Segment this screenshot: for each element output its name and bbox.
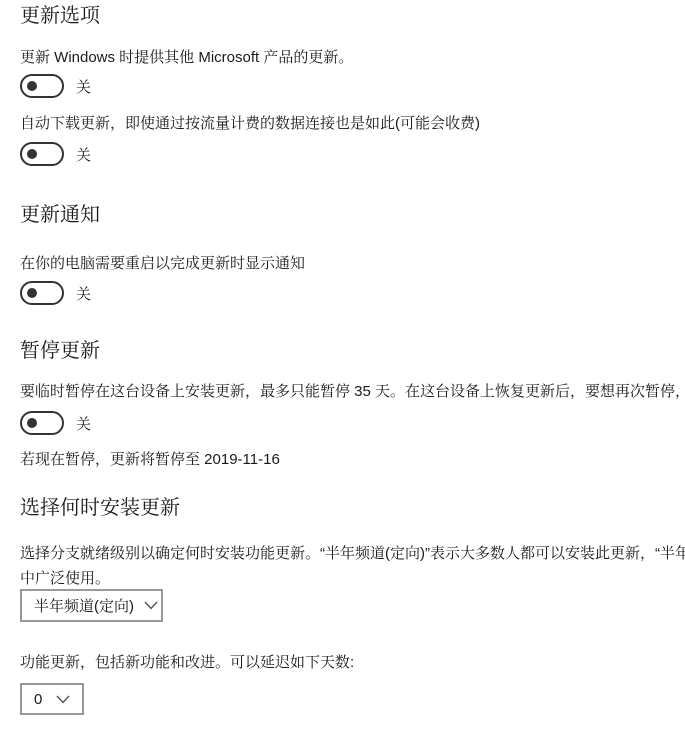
branch-channel-dropdown-value: 半年频道(定向) — [34, 595, 134, 616]
toggle-row-ms-products: 关 — [20, 74, 91, 98]
toggle-label-auto-download-metered: 自动下载更新，即使通过按流量计费的数据连接也是如此(可能会收费) — [20, 113, 480, 134]
section-title-update-notifications: 更新通知 — [20, 202, 100, 228]
toggle-state-label: 关 — [76, 144, 91, 165]
ms-products-toggle[interactable] — [20, 74, 64, 98]
toggle-row-auto-download-metered: 关 — [20, 142, 91, 166]
section-title-update-options: 更新选项 — [20, 3, 100, 29]
toggle-state-label: 关 — [76, 76, 91, 97]
branch-channel-dropdown[interactable]: 半年频道(定向) — [20, 589, 163, 622]
toggle-knob-icon — [27, 81, 37, 91]
auto-download-metered-toggle[interactable] — [20, 142, 64, 166]
toggle-state-label: 关 — [76, 283, 91, 304]
toggle-row-restart-notification: 关 — [20, 281, 91, 305]
restart-notification-toggle[interactable] — [20, 281, 64, 305]
toggle-knob-icon — [27, 418, 37, 428]
toggle-state-label: 关 — [76, 413, 91, 434]
toggle-knob-icon — [27, 288, 37, 298]
toggle-label-ms-products: 更新 Windows 时提供其他 Microsoft 产品的更新。 — [20, 47, 353, 68]
section-title-pause-updates: 暂停更新 — [20, 338, 100, 364]
toggle-label-pause-updates: 要临时暂停在这台设备上安装更新，最多只能暂停 35 天。在这台设备上恢复更新后，… — [20, 381, 685, 402]
branch-readiness-description-line1: 选择分支就绪级别以确定何时安装功能更新。“半年频道(定向)”表示大多数人都可以安… — [20, 541, 685, 566]
chevron-down-icon — [56, 695, 70, 704]
toggle-label-restart-notification: 在你的电脑需要重启以完成更新时显示通知 — [20, 253, 305, 274]
pause-until-note: 若现在暂停，更新将暂停至 2019-11-16 — [20, 449, 280, 470]
branch-readiness-description-line2: 中广泛使用。 — [20, 566, 685, 591]
section-title-choose-when-installed: 选择何时安装更新 — [20, 495, 180, 521]
toggle-knob-icon — [27, 149, 37, 159]
branch-readiness-description: 选择分支就绪级别以确定何时安装功能更新。“半年频道(定向)”表示大多数人都可以安… — [20, 541, 685, 591]
feature-defer-label: 功能更新，包括新功能和改进。可以延迟如下天数: — [20, 652, 354, 673]
pause-updates-toggle[interactable] — [20, 411, 64, 435]
chevron-down-icon — [144, 601, 158, 610]
feature-defer-days-dropdown-value: 0 — [34, 691, 42, 708]
feature-defer-days-dropdown[interactable]: 0 — [20, 683, 84, 715]
toggle-row-pause-updates: 关 — [20, 411, 91, 435]
